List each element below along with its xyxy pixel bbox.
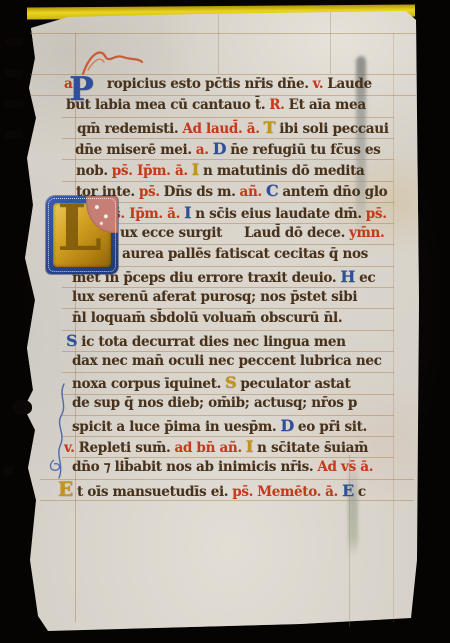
body-text: qm̄ redemisti. xyxy=(77,121,178,137)
sewing-hole xyxy=(5,38,23,46)
ruling-line xyxy=(30,33,416,34)
sewing-hole xyxy=(5,100,23,108)
body-text: dn̄o ⁊ lib̄abit nos ab inimicis nr̄is. xyxy=(72,459,313,475)
body-text: eo pr̄i sit. xyxy=(298,419,367,435)
versal-initial: E xyxy=(342,481,354,500)
body-text: n sc̄itate s̄uiam̄ xyxy=(257,440,368,456)
body-text: nob. xyxy=(76,163,108,179)
versal-initial: I xyxy=(192,160,199,179)
text-line-3: qm̄ redemisti.Ad laud̄. ā.Tibi soli pecc… xyxy=(64,117,398,138)
ruling-line xyxy=(330,12,331,74)
body-text: but labia mea cū cantauo t̄. xyxy=(66,97,265,113)
body-text: c xyxy=(358,484,366,500)
rubric-text: Ad laud̄. ā. xyxy=(182,121,259,137)
versal-initial: H xyxy=(340,267,355,286)
versal-initial: I xyxy=(246,437,253,456)
text-line-16: de sup q̄ nos dieb; om̄ib; actusq; nr̄os… xyxy=(64,393,398,414)
rubric-text: ad bn̄ añ. xyxy=(174,440,241,456)
edge-tear xyxy=(12,400,32,415)
body-text: n̄l loquam̄ sb̄dolū voluam̄ obscurū n̄l. xyxy=(72,310,342,326)
body-text: Repleti sum̄. xyxy=(79,440,171,456)
body-text: Et aīa mea xyxy=(289,97,366,113)
body-text: ibi soli peccaui xyxy=(279,121,388,137)
body-text: aurea pallēs fatiscat cecitas q̄ nos xyxy=(122,246,368,262)
body-text: dax nec man̄ oculi nec peccent lubrica n… xyxy=(72,353,382,369)
versal-initial: D xyxy=(280,416,294,435)
text-line-13: Sic tota decurrat dies nec lingua men xyxy=(64,330,398,351)
rubric-text: ps̄. Ip̄m. ā. xyxy=(112,163,188,179)
body-text: spicit a luce p̄ima in uesp̄m. xyxy=(72,419,276,435)
body-text: antem̄ dn̄o glo xyxy=(282,184,387,200)
rubric-text: añ. xyxy=(240,184,262,200)
versal-initial: T xyxy=(264,118,276,137)
photo-background: a.ropicius esto pc̄tis nr̄is dn̄e.v.Laud… xyxy=(0,0,450,643)
versal-initial: S xyxy=(225,373,236,392)
text-line-19: dn̄o ⁊ lib̄abit nos ab inimicis nr̄is.Ad… xyxy=(64,457,398,478)
text-line-12: n̄l loquam̄ sb̄dolū voluam̄ obscurū n̄l. xyxy=(64,308,398,329)
rubric-text: ps̄. xyxy=(232,484,253,500)
versal-initial: D xyxy=(213,139,227,158)
body-text: Laud̄ dō dece. xyxy=(244,225,345,241)
text-line-15: noxa corpus īquinet.Speculator astat xyxy=(64,372,398,393)
rubric-text: ym̄n. xyxy=(349,225,384,241)
body-text: n sc̄is eius laudate dm̄. xyxy=(195,206,362,222)
rubric-text: ā. xyxy=(325,484,338,500)
versal-initial: I xyxy=(184,203,191,222)
rubric-text: ps̄. xyxy=(139,184,160,200)
sewing-hole xyxy=(5,69,23,77)
body-text: n̄e refugiū tu fc̄us es xyxy=(230,142,380,158)
rubric-text: ps̄. xyxy=(366,206,387,222)
body-text: ropicius esto pc̄tis nr̄is dn̄e. xyxy=(107,76,309,92)
body-text: Dn̄s ds m. xyxy=(164,184,236,200)
text-block: a.ropicius esto pc̄tis nr̄is dn̄e.v.Laud… xyxy=(64,74,398,500)
text-line-11: lux serenū aferat purosq; nos p̄stet sib… xyxy=(64,287,398,308)
text-line-18: v.Repleti sum̄.ad bn̄ añ.In sc̄itate s̄u… xyxy=(64,436,398,457)
body-text: noxa corpus īquinet. xyxy=(72,376,221,392)
blue-penwork-flourish-icon xyxy=(44,382,74,482)
body-text: de sup q̄ nos dieb; om̄ib; actusq; nr̄os… xyxy=(72,395,357,411)
body-text: dn̄e miserē mei. xyxy=(75,142,192,158)
body-text: peculator astat xyxy=(240,376,350,392)
body-text: n matutinis dō medita xyxy=(203,163,364,179)
rubric-text: Ad vs̄ ā. xyxy=(317,459,373,475)
text-line-4: dn̄e miserē mei.a.Dn̄e refugiū tu fc̄us … xyxy=(64,138,398,159)
versal-initial: S xyxy=(66,331,77,350)
text-line-17: spicit a luce p̄ima in uesp̄m.Deo pr̄i s… xyxy=(64,415,398,436)
body-text: ic tota decurrat dies nec lingua men xyxy=(81,334,345,350)
sewing-hole xyxy=(5,131,23,139)
edge-tear xyxy=(3,466,14,475)
text-line-5: nob.ps̄. Ip̄m. ā.In matutinis dō medita xyxy=(64,159,398,180)
rubric-text: v. xyxy=(313,76,324,92)
text-line-14: dax nec man̄ oculi nec peccent lubrica n… xyxy=(64,351,398,372)
text-line-20: Et oīs mansuetudīs ei.ps̄.Memēto.ā.Ec xyxy=(58,479,398,500)
ruling-line xyxy=(218,14,219,74)
rubric-text: a. xyxy=(196,142,209,158)
versal-initial: C xyxy=(266,181,278,200)
rubric-text: Memēto. xyxy=(257,484,321,500)
body-text: Laude xyxy=(327,76,372,92)
body-text: ec xyxy=(359,270,375,286)
rubric-text: R. xyxy=(269,97,284,113)
text-line-2: but labia mea cū cantauo t̄.R.Et aīa mea xyxy=(64,95,398,116)
illuminated-initial-l: L xyxy=(46,196,118,274)
body-text: t oīs mansuetudīs ei. xyxy=(77,484,228,500)
body-text: ux ecce surgit xyxy=(120,225,222,241)
red-penwork-flourish-icon xyxy=(76,44,146,78)
body-text: lux serenū aferat purosq; nos p̄stet sib… xyxy=(72,289,357,305)
